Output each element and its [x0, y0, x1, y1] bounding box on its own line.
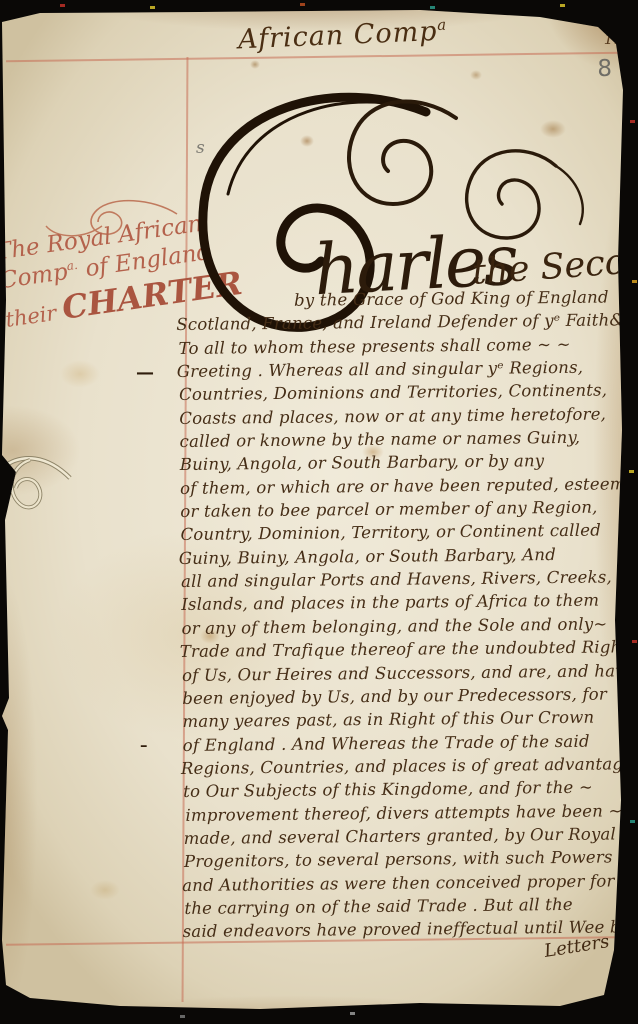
- film-speck: [150, 6, 155, 9]
- stain-spot: [60, 360, 100, 388]
- film-speck: [629, 470, 634, 473]
- film-speck: [60, 4, 65, 7]
- photograph: African Compa 1. 8 s The Royal African C…: [0, 0, 638, 1024]
- manuscript-page: African Compa 1. 8 s The Royal African C…: [0, 0, 638, 1024]
- stain-spot: [90, 880, 120, 900]
- stain-spot: [250, 60, 260, 69]
- film-speck: [350, 1012, 355, 1015]
- flourish-spiral-1: [349, 102, 456, 204]
- running-head: African Compa: [237, 16, 448, 56]
- film-speck: [560, 4, 565, 7]
- film-speck: [300, 3, 305, 6]
- folio-number-ink: 1.: [604, 30, 618, 48]
- film-speck: [632, 280, 637, 283]
- manuscript-body: by the Grace of God King of EnglandScotl…: [176, 287, 631, 945]
- page-number-pencil: 8: [597, 56, 612, 82]
- margin-title-their: their: [4, 300, 65, 332]
- stain-spot: [470, 70, 482, 80]
- film-speck: [630, 820, 635, 823]
- margin-dash: –: [140, 736, 148, 754]
- margin-dash: —: [136, 362, 154, 383]
- film-speck: [430, 6, 435, 9]
- running-head-text: African Comp: [237, 16, 438, 55]
- running-head-superscript: a: [437, 16, 448, 34]
- binding-thread: [0, 446, 72, 524]
- ruled-line-top: [6, 52, 622, 62]
- film-speck: [632, 640, 637, 643]
- film-speck: [180, 1015, 185, 1018]
- film-speck: [630, 120, 635, 123]
